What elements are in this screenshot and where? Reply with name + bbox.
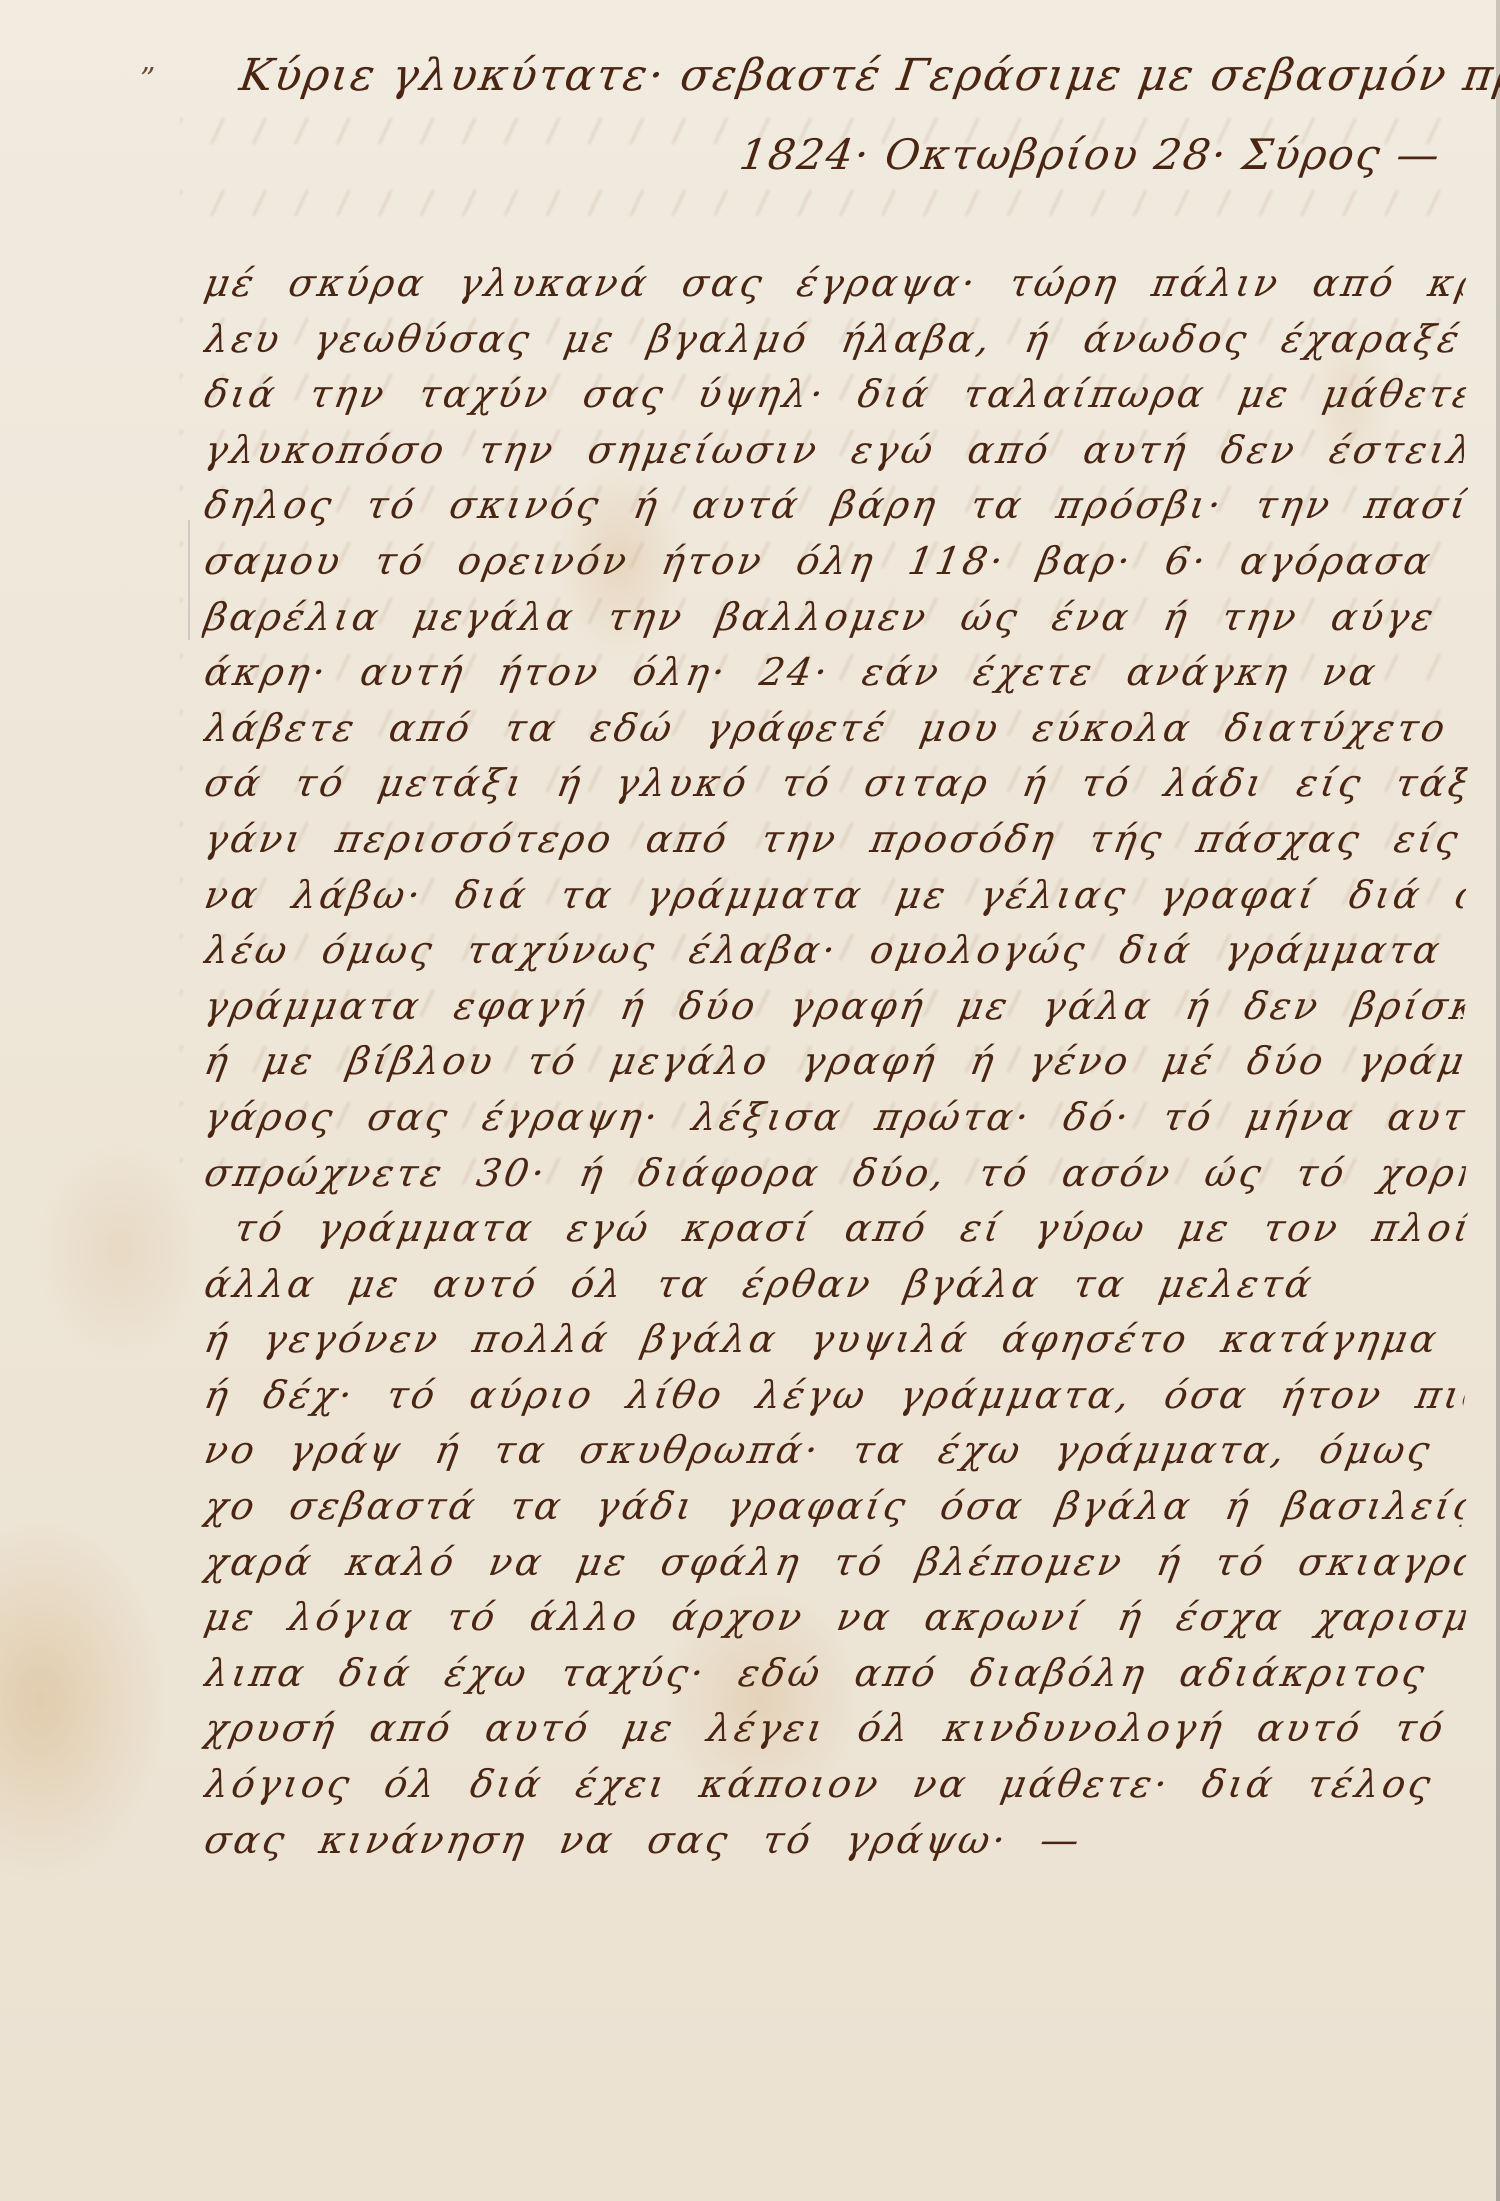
text-line: ή δέχ· τό αύριο λίθο λέγω γράμματα, όσα … xyxy=(200,1368,1470,1424)
text-line: βαρέλια μεγάλα την βαλλομεν ώς ένα ή την… xyxy=(200,590,1470,646)
text-line: γάνι περισσότερο από την προσόδη τής πάσ… xyxy=(200,812,1470,868)
text-line: χο σεβαστά τα γάδι γραφαίς όσα βγάλα ή β… xyxy=(200,1479,1470,1535)
text-line: γλυκοπόσο την σημείωσιν εγώ από αυτή δεν… xyxy=(200,423,1470,479)
text-line: άλλα με αυτό όλ τα έρθαν βγάλα τα μελετά xyxy=(200,1257,1470,1313)
quote-mark: ” xyxy=(140,62,155,97)
text-line: λόγιος όλ διά έχει κάποιον να μάθετε· δι… xyxy=(200,1757,1470,1813)
bleed-through-ink xyxy=(180,190,1460,216)
text-line: με λόγια τό άλλο άρχον να ακρωνί ή έσχα … xyxy=(200,1590,1470,1646)
text-line: λιπα διά έχω ταχύς· εδώ από διαβόλη αδιά… xyxy=(200,1646,1470,1702)
paper-fold-mark xyxy=(188,520,190,640)
text-line: λέω όμως ταχύνως έλαβα· ομολογώς διά γρά… xyxy=(200,923,1470,979)
text-line: σά τό μετάξι ή γλυκό τό σιταρ ή τό λάδι … xyxy=(200,756,1470,812)
letter-date: 1824· Οκτωβρίου 28· Σύρος — xyxy=(737,130,1445,179)
text-line: λάβετε από τα εδώ γράφετέ μου εύκολα δια… xyxy=(200,701,1470,757)
letter-body: μέ σκύρα γλυκανά σας έγραψα· τώρη πάλιν … xyxy=(200,256,1460,1868)
text-line: γάρος σας έγραψη· λέξισα πρώτα· δό· τό μ… xyxy=(200,1090,1470,1146)
text-line: γράμματα εφαγή ή δύο γραφή με γάλα ή δεν… xyxy=(200,979,1470,1035)
text-line: λευ γεωθύσας με βγαλμό ήλαβα, ή άνωδος έ… xyxy=(200,312,1470,368)
text-line: σπρώχνετε 30· ή διάφορα δύο, τό ασόν ώς … xyxy=(200,1146,1470,1202)
text-line: να λάβω· διά τα γράμματα με γέλιας γραφα… xyxy=(200,868,1470,924)
text-line: δηλος τό σκινός ή αυτά βάρη τα πρόσβι· τ… xyxy=(200,478,1470,534)
text-line: σαμου τό ορεινόν ήτον όλη 118· βαρ· 6· α… xyxy=(200,534,1470,590)
manuscript-page: ” Κύριε γλυκύτατε· σεβαστέ Γεράσιμε με σ… xyxy=(0,0,1500,2201)
text-line: άκρη· αυτή ήτον όλη· 24· εάν έχετε ανάγκ… xyxy=(200,645,1470,701)
text-line: σας κινάνηση να σας τό γράψω· — xyxy=(200,1813,1470,1869)
text-line: χαρά καλό να με σφάλη τό βλέπομεν ή τό σ… xyxy=(200,1535,1470,1591)
text-line: τό γράμματα εγώ κρασί από εί γύρω με τον… xyxy=(200,1201,1470,1257)
text-line: ή με βίβλου τό μεγάλο γραφή ή γένο μέ δύ… xyxy=(200,1034,1470,1090)
text-line: νο γράψ ή τα σκυθρωπά· τα έχω γράμματα, … xyxy=(200,1423,1470,1479)
text-line: ή γεγόνεν πολλά βγάλα γυψιλά άφησέτο κατ… xyxy=(200,1312,1470,1368)
text-line: μέ σκύρα γλυκανά σας έγραψα· τώρη πάλιν … xyxy=(200,256,1470,312)
letter-salutation: Κύριε γλυκύτατε· σεβαστέ Γεράσιμε με σεβ… xyxy=(236,50,1500,101)
text-line: χρυσή από αυτό με λέγει όλ κινδυνολογή α… xyxy=(200,1701,1470,1757)
text-line: διά την ταχύν σας ύψηλ· διά ταλαίπωρα με… xyxy=(200,367,1470,423)
paper-edge xyxy=(1496,0,1500,2201)
